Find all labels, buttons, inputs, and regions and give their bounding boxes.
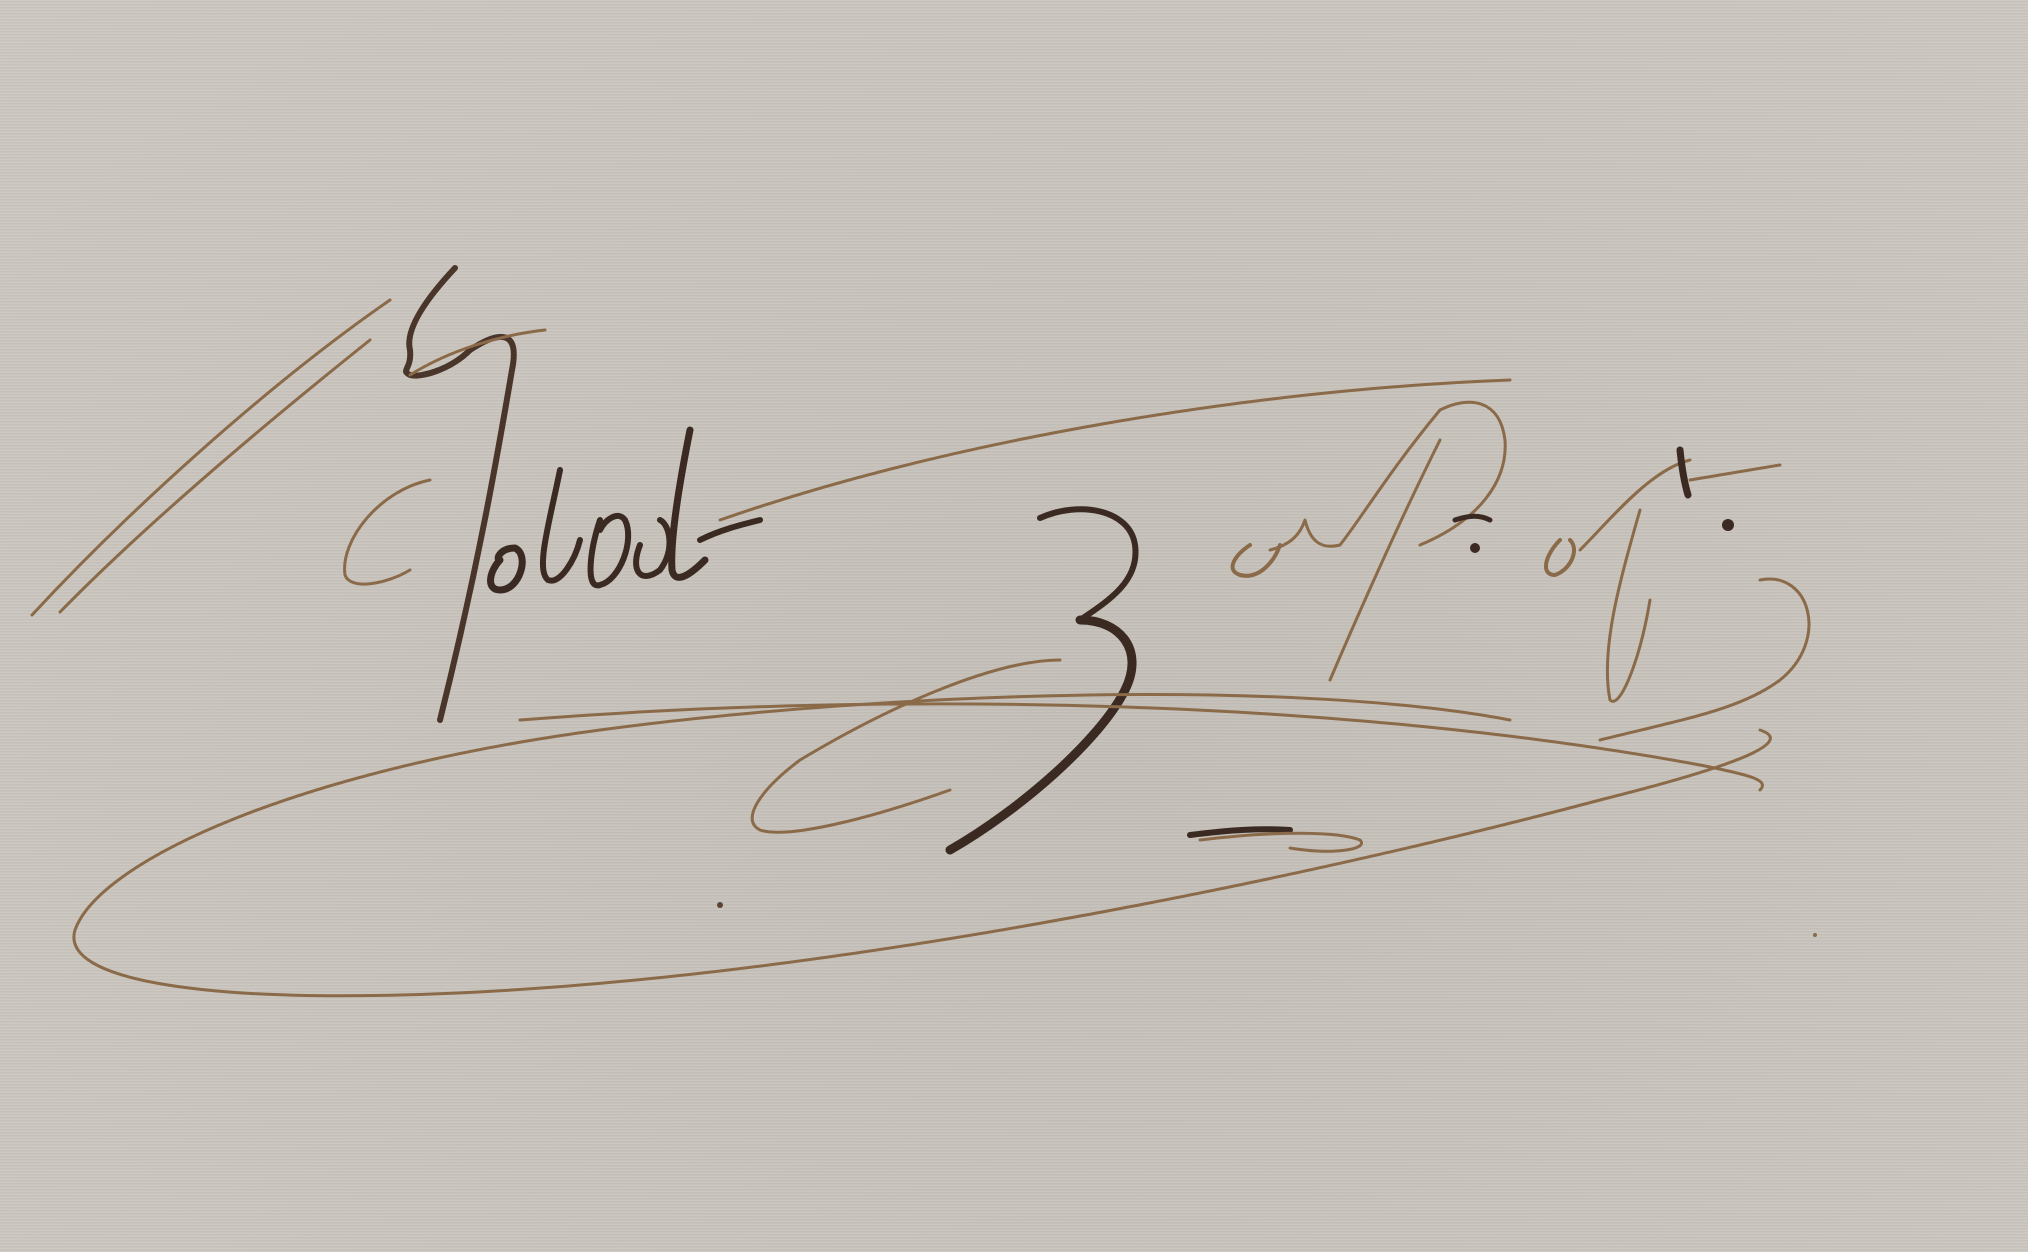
ink-speck bbox=[717, 902, 723, 908]
signature-lead-stroke bbox=[32, 300, 390, 615]
signature-drawing bbox=[0, 0, 2028, 1252]
signature-name bbox=[345, 268, 760, 720]
signature-paraph-oval bbox=[74, 695, 1770, 996]
ink-speck bbox=[1813, 933, 1817, 937]
paper-sheet: Tolbert Supt. of bbox=[0, 0, 2028, 1252]
signature-z-flourish bbox=[752, 509, 1135, 850]
signature-crossbar bbox=[720, 380, 1510, 520]
signature-dash-hook bbox=[1200, 833, 1362, 851]
signature-title bbox=[1233, 402, 1809, 740]
